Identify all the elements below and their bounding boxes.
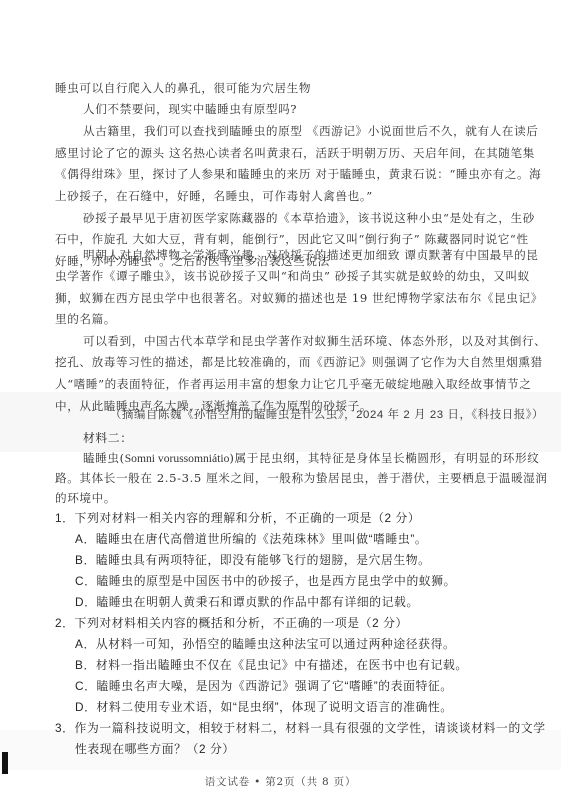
paragraph-line: 从古籍里，我们可以查找到瞌睡虫的原型 《西游记》小说面世后不久，就有人在读后 [83,123,538,139]
latin-name: Somni vorussomniátio [125,452,230,465]
paragraph-line: 虫学著作《谭子雕虫》，该书说砂挼子又叫“和尚虫” 砂挼子其实就是蚁蛉的幼虫，又叫… [55,268,530,284]
question-1-option-a: A．瞌睡虫在唐代高僧道世所编的《法苑珠林》里叫做“嗜睡虫”。 [75,531,427,547]
scan-edge-mark [2,752,8,774]
paragraph-line: 可以看到，中国古代本草学和昆虫学著作对蚁狮生活环境、体态外形，以及对其倒行、 [83,333,546,349]
page-footer: 语文试卷 • 第2页（共 8 页） [0,774,561,789]
paragraph-line-ming: 明朝人对自然博物之学渐感兴趣，对砂挼子的描述更加细致 谭贞默著有中国最早的昆 [83,247,538,263]
paragraph-line: 狮，蚁狮在西方昆虫学中也很著名。对蚁狮的描述也是 19 世纪博物学家法布尔《昆虫… [55,290,543,306]
paragraph-line: 睡虫可以自行爬入人的鼻孔，很可能为穴居生物 [55,80,311,96]
text: 瞌睡虫( [83,451,125,465]
text: )属于昆虫纲，其特征是身体呈长椭圆形，有明显的环形纹 [229,451,539,465]
question-3-stem-cont: 性表现在哪些方面？（2 分） [75,741,235,757]
question-2-stem: 2．下列对材料相关内容的概括和分析，不正确的一项是（2 分） [55,615,408,631]
paragraph-line: 石中，作旋孔 大如大豆，背有刺，能倒行”，因此它又叫“倒行狗子” 陈藏器同时说它… [55,231,529,247]
paragraph-line: 砂挼子最早见于唐初医学家陈藏器的《本草拾遗》，该书说这种小虫“是处有之，生砂 [83,210,535,226]
source-citation: （摘编自陈魏《孙悟空用的瞌睡虫是什么虫》，2024 年 2 月 23 日，《科技… [110,407,544,423]
question-1-option-d: D．瞌睡虫在明朝人黄秉石和谭贞默的作品中都有详细的记载。 [75,594,419,610]
question-2-option-c: C．瞌睡虫名声大噪，是因为《西游记》强调了它“嗜睡”的表面特征。 [75,678,453,694]
question-1-option-c: C．瞌睡虫的原型是中国医书中的砂挼子，也是西方昆虫学中的蚁狮。 [75,573,456,589]
exam-page: 睡虫可以自行爬入人的鼻孔，很可能为穴居生物 人们不禁要问，现实中瞌睡虫有原型吗?… [0,0,561,792]
paragraph-line: 路。其体长一般在 2.5-3.5 厘米之间，一般称为蛰居昆虫，善于潜伏，主要栖息… [55,470,548,486]
paragraph-line: 瞌睡虫(Somni vorussomniátio)属于昆虫纲，其特征是身体呈长椭… [83,450,539,467]
question-3-stem: 3．作为一篇科技说明文，相较于材料二，材料一具有很强的文学性，请谈谈材料一的文学 [55,720,546,736]
question-1-stem: 1．下列对材料一相关内容的理解和分析，不正确的一项是（2 分） [55,510,420,526]
material-2-heading: 材料二： [83,430,133,446]
paragraph-line: 的环境中。 [55,490,116,506]
paragraph-line: 上砂挼子，在石缝中，好睡，名睡虫，可作毒射人禽兽也。” [55,188,373,204]
paragraph-line: 人“嗜睡”的表面特征，作者再运用丰富的想象力让它几乎毫无破绽地融入取经故事情节之 [55,376,531,392]
question-2-option-d: D．材料二使用专业术语，如“昆虫纲”，体现了说明文语言的准确性。 [75,699,453,715]
question-2-option-a: A．从材料一可知，孙悟空的瞌睡虫这种法宝可以通过两种途径获得。 [75,636,455,652]
paragraph-line: 人们不禁要问，现实中瞌睡虫有原型吗? [83,101,297,117]
paragraph-line: 感里讨论了它的源头 这名热心读者名叫黄隶石，活跃于明朝万历、天启年间，在其随笔集 [55,145,535,161]
question-2-option-b: B．材料一指出瞌睡虫不仅在《昆虫记》中有描述，在医书中也有记载。 [75,657,468,673]
paragraph-line: 挖孔、放毒等习性的描述，都是比较准确的，而《西游记》则强调了它作为大自然里烟熏猎 [55,354,543,370]
paragraph-line: 里的名篇。 [55,311,116,327]
paragraph-line: 《偶得绀珠》里，探讨了人参果和瞌睡虫的来历 对于瞌睡虫，黄隶石说：“睡虫亦有之。… [55,166,541,182]
question-1-option-b: B．瞌睡虫具有两项特征，即没有能够飞行的翅膀，是穴居生物。 [75,552,431,568]
